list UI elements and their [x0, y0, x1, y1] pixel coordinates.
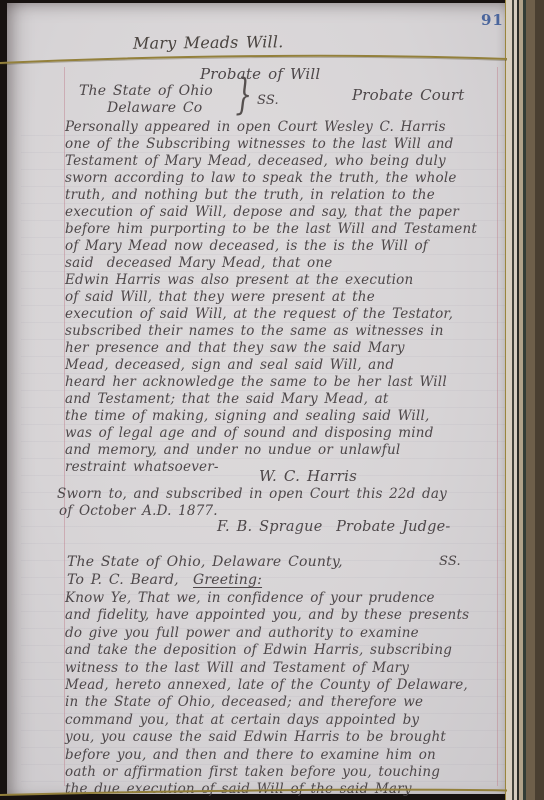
manuscript-line: Mead, deceased, sign and seal said Will,…: [65, 357, 505, 374]
manuscript-line: one of the Subscribing witnesses to the …: [65, 136, 505, 153]
manuscript-line: of said Will, that they were present at …: [65, 289, 505, 306]
ss-abbreviation: SS.: [257, 93, 279, 108]
ledger-page: 91 Mary Meads Will. Probate of Will The …: [7, 3, 507, 794]
manuscript-line: the due execution of said Will of the sa…: [65, 781, 505, 798]
commission-heading-state: The State of Ohio, Delaware County,: [67, 554, 343, 570]
manuscript-line: sworn according to law to speak the trut…: [65, 170, 505, 187]
manuscript-line: command you, that at certain days appoin…: [65, 712, 505, 729]
manuscript-line: Edwin Harris was also present at the exe…: [65, 272, 505, 289]
manuscript-line: witness to the last Will and Testament o…: [65, 660, 505, 677]
page-number: 91: [481, 11, 504, 29]
manuscript-line: of Mary Mead now deceased, is the is the…: [65, 238, 505, 255]
manuscript-line: the time of making, signing and sealing …: [65, 408, 505, 425]
book-page-edges: [505, 0, 544, 800]
manuscript-line: Personally appeared in open Court Wesley…: [65, 119, 505, 136]
attestation-line-1: Sworn to, and subscribed in open Court t…: [57, 486, 447, 502]
manuscript-line: oath or affirmation first taken before y…: [65, 764, 505, 781]
probate-court-label: Probate Court: [352, 86, 464, 104]
manuscript-line: heard her acknowledge the same to be her…: [65, 374, 505, 391]
probate-of-will-heading: Probate of Will: [200, 65, 320, 83]
caption-brace: }: [235, 74, 252, 116]
commission-addressee: To P. C. Beard,: [67, 572, 179, 588]
manuscript-line: Testament of Mary Mead, deceased, who be…: [65, 153, 505, 170]
manuscript-line: and fidelity, have appointed you, and by…: [65, 607, 505, 624]
manuscript-line: her presence and that they saw the said …: [65, 340, 505, 357]
manuscript-line: said deceased Mary Mead, that one: [65, 255, 505, 272]
state-of-ohio-caption: The State of Ohio: [79, 83, 213, 99]
manuscript-line: was of legal age and of sound and dispos…: [65, 425, 505, 442]
manuscript-line: and take the deposition of Edwin Harris,…: [65, 642, 505, 659]
manuscript-line: subscribed their names to the same as wi…: [65, 323, 505, 340]
entry-title: Mary Meads Will.: [133, 32, 284, 53]
manuscript-line: before you, and then and there to examin…: [65, 747, 505, 764]
commission-heading-ss: SS.: [439, 554, 461, 569]
manuscript-line: truth, and nothing but the truth, in rel…: [65, 187, 505, 204]
manuscript-line: you, you cause the said Edwin Harris to …: [65, 729, 505, 746]
witness-signature: W. C. Harris: [259, 467, 357, 485]
manuscript-line: in the State of Ohio, deceased; and ther…: [65, 694, 505, 711]
testimony-paragraph: Personally appeared in open Court Wesley…: [65, 119, 505, 476]
manuscript-line: Know Ye, That we, in confidence of your …: [65, 590, 505, 607]
ledger-photo: 91 Mary Meads Will. Probate of Will The …: [0, 0, 544, 800]
manuscript-line: before him purporting to be the last Wil…: [65, 221, 505, 238]
attestation-line-2: of October A.D. 1877.: [59, 503, 218, 519]
manuscript-line: Mead, hereto annexed, late of the County…: [65, 677, 505, 694]
commission-paragraph: Know Ye, That we, in confidence of your …: [65, 590, 505, 799]
manuscript-line: execution of said Will, at the request o…: [65, 306, 505, 323]
judge-signature: F. B. Sprague Probate Judge-: [217, 519, 450, 535]
delaware-county-caption: Delaware Co: [107, 100, 202, 116]
manuscript-line: and memory, and under no undue or unlawf…: [65, 442, 505, 459]
manuscript-line: execution of said Will, depose and say, …: [65, 204, 505, 221]
manuscript-line: and Testament; that the said Mary Mead, …: [65, 391, 505, 408]
manuscript-line: do give you full power and authority to …: [65, 625, 505, 642]
commission-greeting: Greeting:: [193, 572, 262, 588]
